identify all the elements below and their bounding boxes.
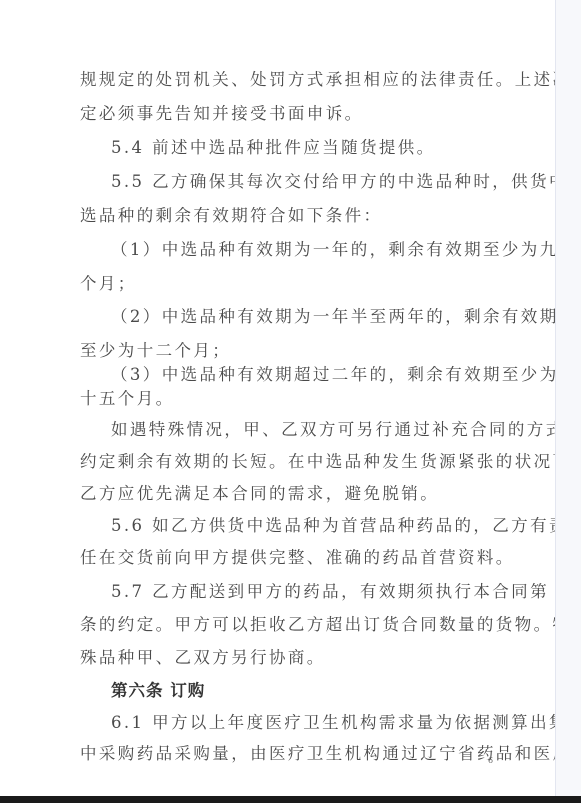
condition-2: （2）中选品种有效期为一年半至两年的，剩余有效期	[111, 307, 495, 327]
condition-1: （1）中选品种有效期为一年的，剩余有效期至少为九	[111, 240, 495, 260]
text-line: 乙方应优先满足本合同的需求，避免脱销。	[80, 484, 495, 504]
text-line: 定必须事先告知并接受书面申诉。	[80, 104, 495, 124]
text-line: 规规定的处罚机关、处罚方式承担相应的法律责任。上述决	[80, 70, 495, 90]
clause-5-7: 5.7 乙方配送到甲方的药品，有效期须执行本合同第 5.5	[111, 582, 495, 602]
condition-3: （3）中选品种有效期超过二年的，剩余有效期至少为	[111, 365, 495, 385]
text-line: 条的约定。甲方可以拒收乙方超出订货合同数量的货物。特	[80, 615, 495, 635]
bottom-bar	[0, 796, 581, 803]
text-line: 个月；	[80, 274, 495, 294]
document-page: 规规定的处罚机关、处罚方式承担相应的法律责任。上述决 定必须事先告知并接受书面申…	[0, 0, 555, 796]
special-case-paragraph: 如遇特殊情况，甲、乙双方可另行通过补充合同的方式	[111, 420, 495, 440]
page-margin	[555, 0, 581, 796]
clause-5-4: 5.4 前述中选品种批件应当随货提供。	[111, 138, 495, 158]
page-number: 6	[488, 756, 493, 765]
text-line: 选品种的剩余有效期符合如下条件：	[80, 206, 495, 226]
text-line: 约定剩余有效期的长短。在中选品种发生货源紧张的状况下，	[80, 452, 495, 472]
text-line: 至少为十二个月；	[80, 341, 495, 361]
text-line: 中采购药品采购量，由医疗卫生机构通过辽宁省药品和医用	[80, 744, 495, 764]
text-line: 十五个月。	[80, 389, 495, 409]
clause-5-6: 5.6 如乙方供货中选品种为首营品种药品的，乙方有责	[111, 516, 495, 536]
text-line: 殊品种甲、乙双方另行协商。	[80, 648, 495, 668]
text-line: 任在交货前向甲方提供完整、准确的药品首营资料。	[80, 548, 495, 568]
section-heading-article-6: 第六条 订购	[111, 681, 495, 701]
clause-5-5: 5.5 乙方确保其每次交付给甲方的中选品种时，供货中	[111, 172, 495, 192]
clause-6-1: 6.1 甲方以上年度医疗卫生机构需求量为依据测算出集	[111, 713, 495, 733]
